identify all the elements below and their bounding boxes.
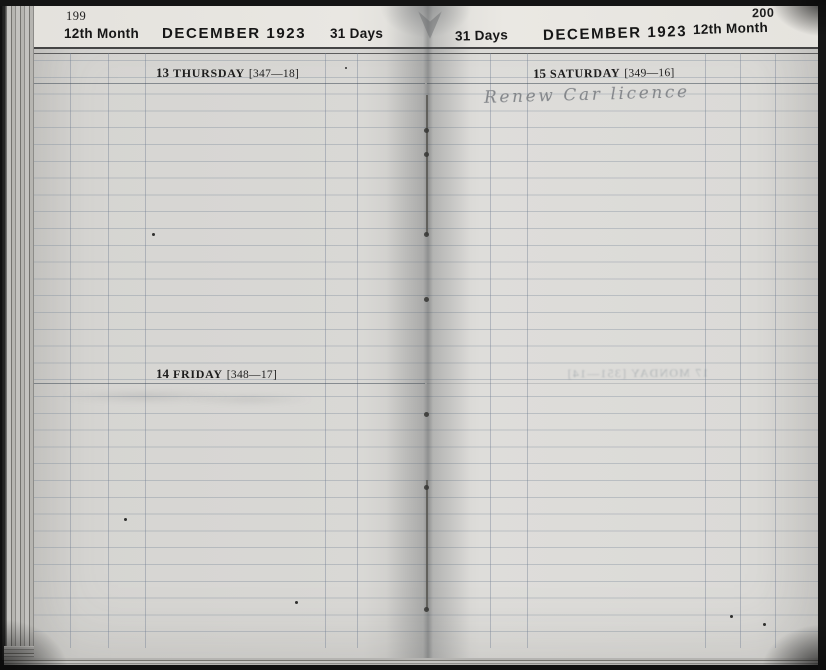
ink-speck: [763, 623, 766, 626]
ink-speck: [124, 518, 127, 521]
stitch-knot: [424, 485, 429, 490]
ink-speck: [152, 233, 155, 236]
stitch-knot: [424, 607, 429, 612]
column-line: [775, 53, 776, 648]
section-rule: [34, 383, 425, 384]
weekday-label: FRIDAY: [173, 367, 223, 381]
day-annotation: [347—18]: [249, 68, 299, 80]
column-line: [740, 53, 741, 648]
column-line: [70, 53, 71, 648]
show-through-text: 17 MONDAY [351—14]: [530, 365, 745, 382]
left-header-title: DECEMBER 1923: [162, 25, 306, 42]
smudge: [184, 395, 314, 404]
column-line: [108, 53, 109, 648]
diary-spread: 199 200 12th Month DECEMBER 1923 31 Days…: [34, 6, 818, 658]
column-line: [145, 53, 146, 648]
stitch-knot: [424, 232, 429, 237]
left-header-days-label: 31 Days: [330, 26, 383, 41]
right-header-month-label: 12th Month: [693, 20, 768, 37]
weekday-label: SATURDAY: [550, 66, 620, 81]
right-header-days-label: 31 Days: [455, 27, 508, 43]
binding-stitch: [426, 480, 428, 610]
column-line: [527, 53, 528, 648]
ink-speck: [730, 615, 733, 618]
stitch-knot: [424, 412, 429, 417]
day-heading-14-friday: 14 FRIDAY [348—17]: [156, 365, 277, 383]
column-line: [490, 53, 491, 648]
column-line: [705, 53, 706, 648]
gutter-shadow: [386, 6, 470, 658]
day-heading-13-thursday: 13 THURSDAY [347—18]: [156, 64, 299, 82]
day-heading-15-saturday: 15 SATURDAY [349—16]: [533, 63, 675, 83]
day-number: 15: [533, 66, 546, 81]
binding-stitch: [426, 95, 428, 235]
weekday-label: THURSDAY: [173, 66, 245, 80]
day-annotation: [348—17]: [227, 369, 277, 381]
day-number: 14: [156, 366, 169, 381]
section-rule: [427, 383, 818, 384]
ink-speck: [295, 601, 298, 604]
page-stack-left-edge: [2, 4, 36, 660]
stitch-knot: [424, 297, 429, 302]
day-annotation: [349—16]: [624, 67, 674, 80]
diary-scan: 199 200 12th Month DECEMBER 1923 31 Days…: [0, 0, 826, 670]
left-page-number: 199: [66, 9, 86, 24]
day-number: 13: [156, 65, 169, 80]
stitch-knot: [424, 152, 429, 157]
column-line: [325, 53, 326, 648]
scan-right-border: [818, 0, 826, 670]
ink-speck: [345, 67, 347, 69]
column-line: [357, 53, 358, 648]
stitch-knot: [424, 128, 429, 133]
right-page-number: 200: [752, 6, 775, 21]
left-header-month-label: 12th Month: [64, 26, 139, 41]
section-rule: [34, 83, 425, 84]
